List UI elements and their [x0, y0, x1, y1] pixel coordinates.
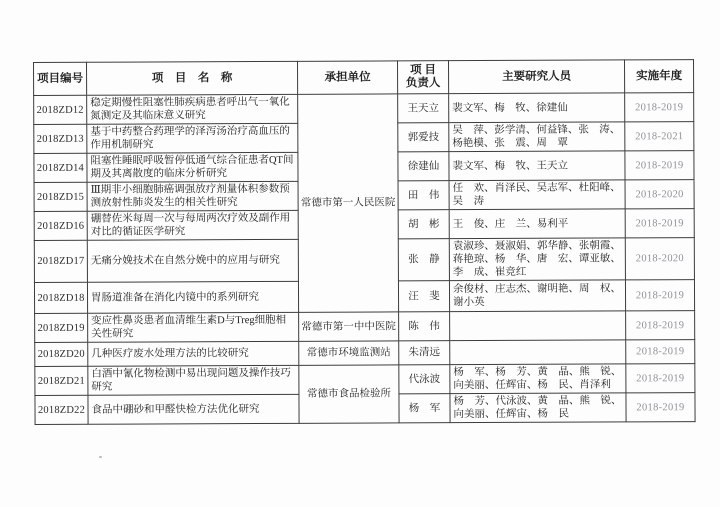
projects-table: 项目编号 项 目 名 称 承担单位 项 目 负责人 主要研究人员 实施年度 20…: [33, 59, 696, 425]
project-name-cell: 胃肠道准备在消化内镜中的系列研究: [87, 281, 298, 313]
leader-cell: 杨 军: [399, 394, 450, 423]
unit-cell: 常德市食品检验所: [299, 365, 399, 423]
scanned-document-page: 项目编号 项 目 名 称 承担单位 项 目 负责人 主要研究人员 实施年度 20…: [0, 0, 720, 507]
researchers-cell: 余俊材、庄志杰、谢明艳、周 权、谢小英: [449, 280, 625, 312]
project-name-cell: 变应性鼻炎患者血清维生素D与Treg细胞相关性研究: [88, 312, 299, 342]
col-header-project-name: 项 目 名 称: [87, 61, 298, 95]
years-cell: 2018-2019: [626, 364, 695, 393]
researchers-cell: 裴文军、梅 牧、徐建仙: [449, 93, 625, 123]
col-header-unit: 承担单位: [297, 61, 397, 94]
leader-cell: 徐建仙: [398, 152, 449, 181]
project-name-cell: 几种医疗废水处理方法的比较研究: [88, 341, 299, 366]
unit-cell: 常德市环境监测站: [299, 341, 399, 365]
scan-speck: [99, 456, 102, 458]
leader-cell: 胡 彬: [398, 210, 449, 239]
leader-cell: 汪 斐: [398, 281, 449, 312]
col-header-researchers: 主要研究人员: [448, 60, 624, 94]
project-name-cell: 硼替佐米每周一次与每周两次疗效及副作用对比的循证医学研究: [87, 210, 298, 240]
project-id-cell: 2018ZD13: [34, 124, 87, 153]
years-cell: 2018-2019: [625, 151, 694, 180]
table-row: 2018ZD12 稳定期慢性阻塞性肺疾病患者呼出气一氧化氮测定及其临床意义研究 …: [34, 93, 694, 125]
project-id-cell: 2018ZD21: [35, 366, 88, 395]
project-name-cell: 稳定期慢性阻塞性肺疾病患者呼出气一氧化氮测定及其临床意义研究: [87, 94, 298, 124]
table-row: 2018ZD21 白酒中氰化物检测中易出现问题及操作技巧研究 常德市食品检验所 …: [35, 364, 695, 396]
unit-cell: 常德市第一人民医院: [298, 94, 399, 312]
col-header-leader: 项 目 负责人: [397, 61, 448, 94]
col-header-leader-line1: 项 目: [400, 64, 446, 77]
leader-cell: 陈 伟: [399, 312, 450, 341]
project-id-cell: 2018ZD12: [34, 95, 87, 124]
projects-table-wrap: 项目编号 项 目 名 称 承担单位 项 目 负责人 主要研究人员 实施年度 20…: [33, 59, 696, 425]
col-header-project-id: 项目编号: [34, 62, 87, 95]
years-cell: 2018-2019: [625, 93, 694, 122]
unit-cell: 常德市第一中中医院: [299, 312, 399, 341]
leader-cell: 代泳波: [399, 365, 450, 394]
project-name-cell: 食品中硼砂和甲醛快检方法优化研究: [88, 394, 299, 424]
years-cell: 2018-2019: [625, 209, 694, 238]
project-id-cell: 2018ZD17: [34, 240, 87, 282]
researchers-cell: [450, 340, 626, 365]
researchers-cell: 任 欢、肖泽民、吴志军、杜阳峰、吴 涛: [449, 180, 625, 210]
leader-cell: 王天立: [398, 94, 449, 123]
leader-cell: 田 伟: [398, 181, 449, 210]
researchers-cell: [450, 311, 626, 341]
years-cell: 2018-2020: [625, 180, 694, 209]
project-id-cell: 2018ZD15: [34, 182, 87, 211]
years-cell: 2018-2021: [625, 122, 694, 151]
leader-cell: 张 静: [398, 239, 449, 281]
researchers-cell: 王 俊、庄 兰、易利平: [449, 209, 625, 239]
project-name-cell: 基于中药整合药理学的泽泻汤治疗高血压的作用机制研究: [87, 123, 298, 153]
col-header-leader-line2: 负责人: [400, 77, 446, 90]
leader-cell: 郭爱技: [398, 123, 449, 152]
years-cell: 2018-2019: [626, 311, 695, 340]
project-id-cell: 2018ZD20: [35, 342, 88, 366]
researchers-cell: 杨 军、杨 芳、黄 晶、熊 锐、向美丽、任辉宙、杨 民、肖泽利: [450, 364, 626, 394]
project-id-cell: 2018ZD22: [35, 395, 88, 424]
project-id-cell: 2018ZD18: [34, 282, 87, 313]
col-header-years: 实施年度: [624, 60, 693, 93]
researchers-cell: 裴文军、梅 牧、王天立: [449, 151, 625, 181]
years-cell: 2018-2019: [625, 280, 694, 311]
project-name-cell: 无痛分娩技术在自然分娩中的应用与研究: [87, 239, 298, 282]
years-cell: 2018-2019: [626, 393, 695, 422]
years-cell: 2018-2019: [626, 340, 695, 364]
researchers-cell: 杨 芳、代泳波、黄 晶、熊 锐、向美丽、任辉宙、杨 民: [450, 393, 626, 423]
project-id-cell: 2018ZD14: [34, 153, 87, 182]
table-row: 2018ZD20 几种医疗废水处理方法的比较研究 常德市环境监测站 朱清远 20…: [35, 340, 695, 367]
table-row: 2018ZD19 变应性鼻炎患者血清维生素D与Treg细胞相关性研究 常德市第一…: [35, 311, 695, 343]
project-name-cell: 阻塞性睡眠呼吸暂停低通气综合征患者QT间期及其离散度的临床分析研究: [87, 152, 298, 182]
project-name-cell: 白酒中氰化物检测中易出现问题及操作技巧研究: [88, 365, 299, 395]
project-id-cell: 2018ZD16: [34, 211, 87, 240]
leader-cell: 朱清远: [399, 341, 450, 365]
project-name-cell: Ⅲ期非小细胞肺癌调强放疗剂量体积参数预测放射性肺炎发生的相关性研究: [87, 181, 298, 211]
header-row: 项目编号 项 目 名 称 承担单位 项 目 负责人 主要研究人员 实施年度: [34, 60, 694, 96]
years-cell: 2018-2020: [625, 238, 694, 280]
researchers-cell: 袁淑珍、聂淑娟、郭华静、张朝霞、蒋艳琼、杨 华、唐 宏、谭亚敏、李 成、崔竞红: [449, 238, 625, 281]
researchers-cell: 吴 萍、彭学清、何益锋、张 涛、杨艳模、张 震、周 覃: [449, 122, 625, 152]
project-id-cell: 2018ZD19: [35, 313, 88, 342]
